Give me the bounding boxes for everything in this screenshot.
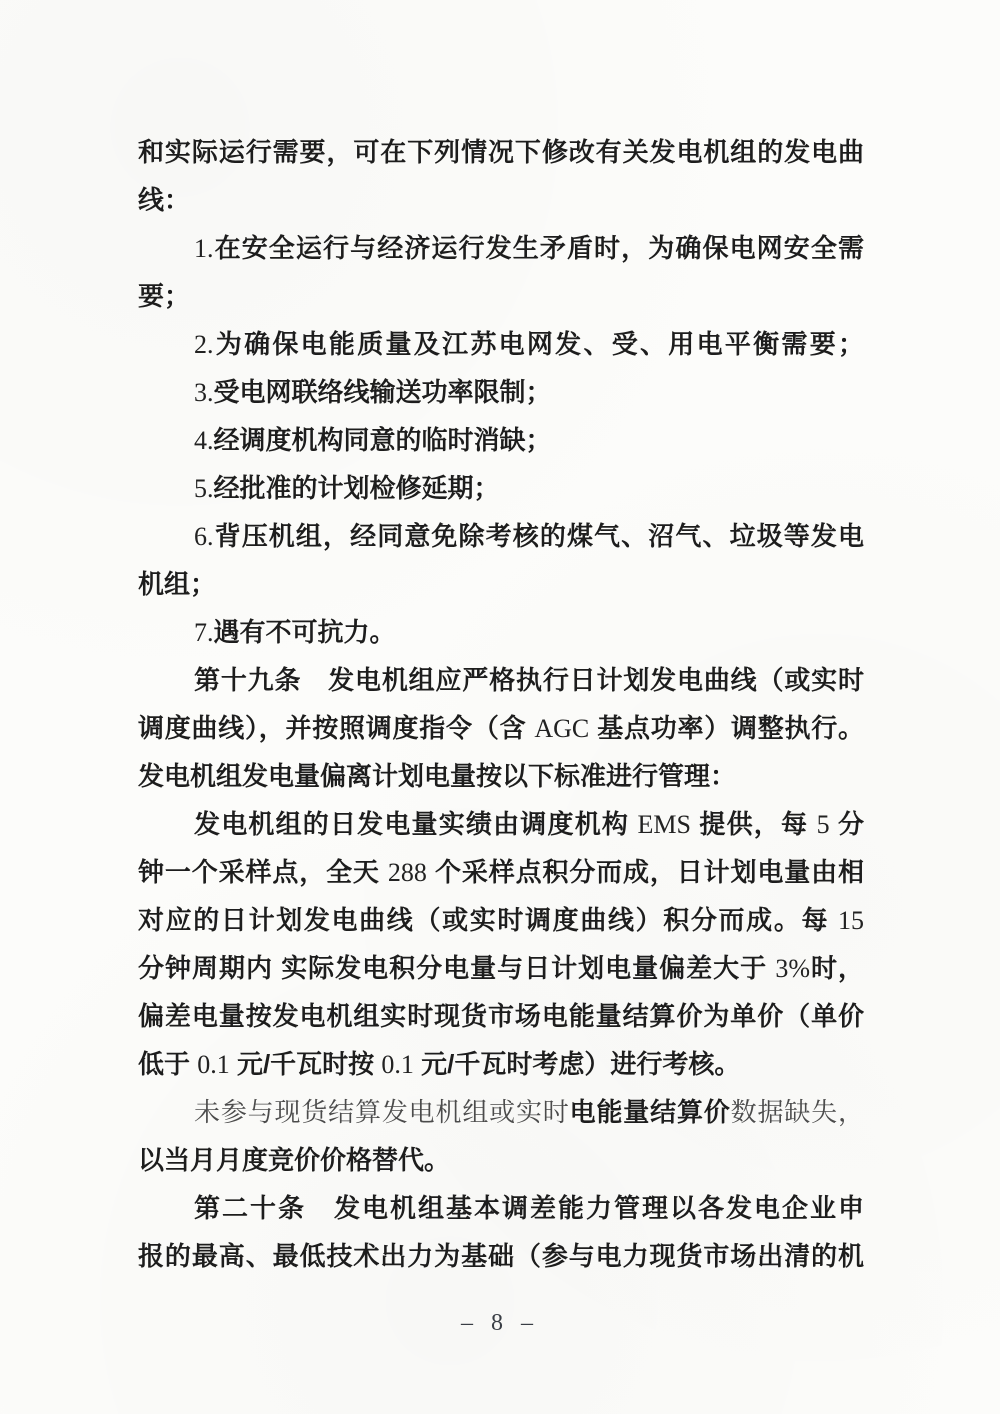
text-segment-hei: 以当月月度竞价价格替代。 xyxy=(138,1145,450,1175)
text-line: 7.遇有不可抗力。 xyxy=(138,608,864,656)
text-segment-hei: 线： xyxy=(138,185,190,215)
text-segment-hei: 受电网联络线输送功率限制； xyxy=(214,377,552,407)
text-line: 未参与现货结算发电机组或实时电能量结算价数据缺失， xyxy=(138,1088,864,1136)
text-line: 以当月月度竞价价格替代。 xyxy=(138,1136,864,1184)
page-number: – 8 – xyxy=(461,1310,539,1336)
text-segment-hei: 调度曲线），并按照调度指令（含 xyxy=(138,713,534,743)
text-segment-hei: 为确保电能质量及江苏电网发、受、用电平衡需要； xyxy=(214,329,865,359)
text-segment-song: 数据缺失， xyxy=(731,1098,864,1127)
text-line: 报的最高、最低技术出力为基础（参与电力现货市场出清的机 xyxy=(138,1232,864,1280)
text-segment-hei: 分钟周期内 实际发电积分电量与日计划电量偏差大于 xyxy=(138,953,775,983)
text-line: 发电机组的日发电量实绩由调度机构 EMS 提供，每 5 分 xyxy=(138,800,864,848)
text-line: 发电机组发电量偏离计划电量按以下标准进行管理： xyxy=(138,752,864,800)
text-segment-hei: 背压机组，经同意免除考核的煤气、沼气、垃圾等发电 xyxy=(214,521,865,551)
text-segment-hei: 个采样点积分而成，日计划电量由相 xyxy=(427,857,864,887)
text-segment-num: 6. xyxy=(194,522,214,551)
text-segment-hei: 在安全运行与经济运行发生矛盾时，为确保电网安全需 xyxy=(214,233,865,263)
text-line: 1.在安全运行与经济运行发生矛盾时，为确保电网安全需 xyxy=(138,224,864,272)
text-segment-hei: 要； xyxy=(138,281,190,311)
text-segment-hei: 时， xyxy=(810,953,864,983)
text-segment-hei: 提供，每 xyxy=(691,809,817,839)
text-segment-num: 0.1 xyxy=(197,1050,230,1079)
text-segment-num: 2. xyxy=(194,330,214,359)
text-segment-song: 未参与现货结算发电机组或实时 xyxy=(194,1098,570,1127)
text-segment-hei: 经批准的计划检修延期； xyxy=(214,473,500,503)
text-segment-num: 4. xyxy=(194,426,214,455)
text-line: 5.经批准的计划检修延期； xyxy=(138,464,864,512)
text-segment-num: 1. xyxy=(194,234,214,263)
text-segment-hei: 分 xyxy=(830,809,864,839)
text-segment-hei: 机组； xyxy=(138,569,216,599)
text-line: 2.为确保电能质量及江苏电网发、受、用电平衡需要； xyxy=(138,320,864,368)
text-line: 偏差电量按发电机组实时现货市场电能量结算价为单价（单价 xyxy=(138,992,864,1040)
text-line: 第二十条 发电机组基本调差能力管理以各发电企业申 xyxy=(138,1184,864,1232)
text-segment-hei: 发电机组的日发电量实绩由调度机构 xyxy=(194,809,638,839)
document-page: 和实际运行需要，可在下列情况下修改有关发电机组的发电曲线：1.在安全运行与经济运… xyxy=(0,0,1000,1414)
text-segment-hei: 电能量结算价 xyxy=(570,1097,731,1127)
text-segment-hei: 报的最高、最低技术出力为基础（参与电力现货市场出清的机 xyxy=(138,1241,864,1271)
text-segment-hei: 元/千瓦时考虑）进行考核。 xyxy=(414,1049,740,1079)
text-segment-hei: 第十九条 发电机组应严格执行日计划发电曲线（或实时 xyxy=(194,665,864,695)
text-line: 调度曲线），并按照调度指令（含 AGC 基点功率）调整执行。 xyxy=(138,704,864,752)
text-line: 分钟周期内 实际发电积分电量与日计划电量偏差大于 3%时， xyxy=(138,944,864,992)
text-line: 和实际运行需要，可在下列情况下修改有关发电机组的发电曲 xyxy=(138,128,864,176)
text-segment-num: 5 xyxy=(817,810,830,839)
text-segment-hei: 发电机组发电量偏离计划电量按以下标准进行管理： xyxy=(138,761,736,791)
page-footer: – 8 – xyxy=(0,1310,1000,1337)
text-line: 对应的日计划发电曲线（或实时调度曲线）积分而成。每 15 xyxy=(138,896,864,944)
text-segment-hei: 遇有不可抗力。 xyxy=(214,617,396,647)
text-segment-hei: 偏差电量按发电机组实时现货市场电能量结算价为单价（单价 xyxy=(138,1001,864,1031)
text-segment-num: EMS xyxy=(638,810,691,839)
text-segment-num: 3% xyxy=(775,954,810,983)
text-segment-num: 288 xyxy=(388,858,427,887)
text-segment-num: 15 xyxy=(838,906,864,935)
text-line: 要； xyxy=(138,272,864,320)
text-line: 低于 0.1 元/千瓦时按 0.1 元/千瓦时考虑）进行考核。 xyxy=(138,1040,864,1088)
text-segment-hei: 元/千瓦时按 xyxy=(230,1049,382,1079)
text-segment-hei: 低于 xyxy=(138,1049,197,1079)
text-segment-hei: 基点功率）调整执行。 xyxy=(589,713,864,743)
text-line: 第十九条 发电机组应严格执行日计划发电曲线（或实时 xyxy=(138,656,864,704)
text-line: 钟一个采样点，全天 288 个采样点积分而成，日计划电量由相 xyxy=(138,848,864,896)
text-segment-hei: 第二十条 发电机组基本调差能力管理以各发电企业申 xyxy=(194,1193,864,1223)
text-line: 线： xyxy=(138,176,864,224)
text-segment-hei: 对应的日计划发电曲线（或实时调度曲线）积分而成。每 xyxy=(138,905,838,935)
text-block: 和实际运行需要，可在下列情况下修改有关发电机组的发电曲线：1.在安全运行与经济运… xyxy=(138,128,864,1280)
text-line: 3.受电网联络线输送功率限制； xyxy=(138,368,864,416)
text-segment-num: 0.1 xyxy=(381,1050,414,1079)
text-segment-num: 7. xyxy=(194,618,214,647)
text-line: 6.背压机组，经同意免除考核的煤气、沼气、垃圾等发电 xyxy=(138,512,864,560)
text-line: 机组； xyxy=(138,560,864,608)
text-segment-hei: 经调度机构同意的临时消缺； xyxy=(214,425,552,455)
text-segment-num: AGC xyxy=(534,714,589,743)
text-segment-hei: 和实际运行需要，可在下列情况下修改有关发电机组的发电曲 xyxy=(138,137,864,167)
text-segment-num: 5. xyxy=(194,474,214,503)
text-segment-hei: 钟一个采样点，全天 xyxy=(138,857,388,887)
text-line: 4.经调度机构同意的临时消缺； xyxy=(138,416,864,464)
text-segment-num: 3. xyxy=(194,378,214,407)
